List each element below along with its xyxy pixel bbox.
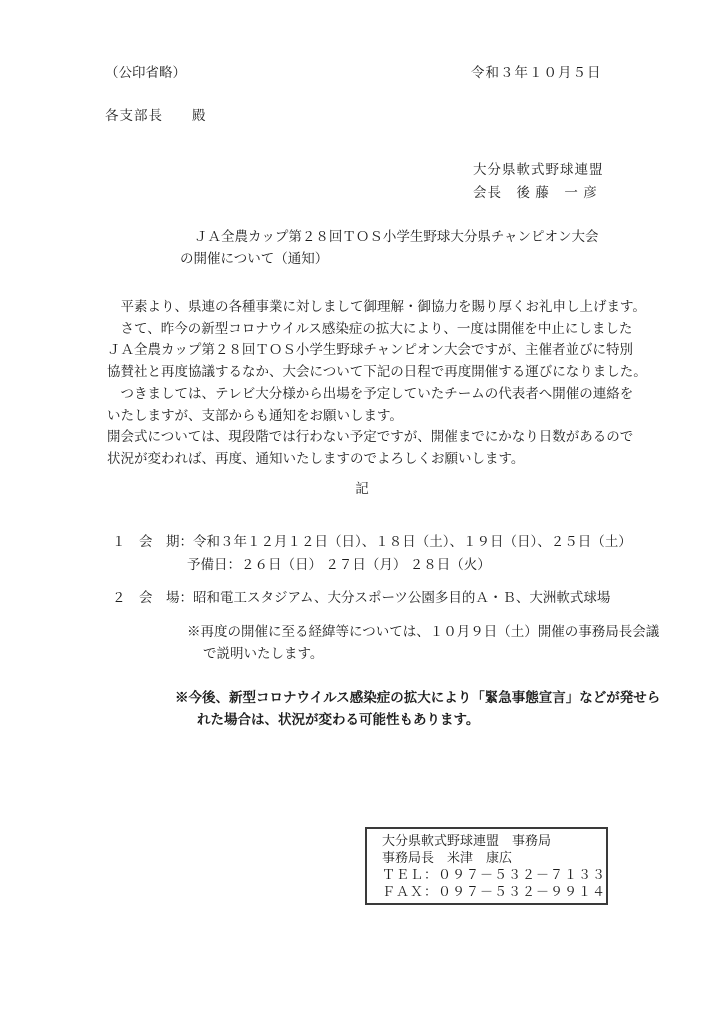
body-line: 協賛社と再度協議するなか、大会について下記の日程で再度開催する運びになりました。 <box>107 361 647 383</box>
body-line: ＪＡ全農カップ第２８回ＴＯＳ小学生野球チャンピオン大会ですが、主催者並びに特別 <box>107 339 647 361</box>
body-line: 平素より、県連の各種事業に対しまして御理解・御協力を賜り厚くお礼申し上げます。 <box>107 296 647 318</box>
contact-office: 大分県軟式野球連盟 事務局 <box>382 832 602 849</box>
body-text: 平素より、県連の各種事業に対しまして御理解・御協力を賜り厚くお礼申し上げます。 … <box>107 296 647 470</box>
title-line-1: ＪＡ全農カップ第２８回ＴＯＳ小学生野球大分県チャンピオン大会 <box>180 226 598 248</box>
body-line: さて、昨今の新型コロナウイルス感染症の拡大により、一度は開催を中止にしました <box>107 318 647 340</box>
sender-organization: 大分県軟式野球連盟 <box>473 158 604 178</box>
contact-office-chief: 事務局長 米津 康広 <box>382 849 602 866</box>
document-date: 令和３年１０月５日 <box>471 61 602 81</box>
body-line: 開会式については、現段階では行わない予定ですが、開催までにかなり日数があるので <box>107 426 647 448</box>
official-seal-omitted-note: （公印省略） <box>105 61 186 81</box>
notice-document-page: （公印省略） 令和３年１０月５日 各支部長 殿 大分県軟式野球連盟 会長 後 藤… <box>0 0 724 1024</box>
body-line: 状況が変われば、再度、通知いたしますのでよろしくお願いします。 <box>107 448 647 470</box>
body-line: いたしますが、支部からも通知をお願いします。 <box>107 405 647 427</box>
covid-warning-line-2: れた場合は、状況が変わる可能性もあります。 <box>197 708 479 728</box>
venue-item-line: ２ 会 場：昭和電工スタジアム、大分スポーツ公園多目的Ａ・Ｂ、大洲軟式球場 <box>112 586 610 606</box>
ki-record-heading: 記 <box>0 477 724 497</box>
recipient-line: 各支部長 殿 <box>105 104 207 124</box>
schedule-item-line-2: 予備日：２６日（日） ２７日（月） ２８日（火） <box>187 553 491 573</box>
body-line: つきましては、テレビ大分様から出場を予定していたチームの代表者へ開催の連絡を <box>107 383 647 405</box>
meeting-note-line-1: ※再度の開催に至る経緯等については、１０月９日（土）開催の事務局長会議 <box>187 620 659 640</box>
contact-tel: ＴＥＬ：０９７－５３２－７１３３ <box>382 866 602 883</box>
sender-president-name: 会長 後 藤 一 彦 <box>473 181 598 201</box>
covid-warning-line-1: ※今後、新型コロナウイルス感染症の拡大により「緊急事態宣言」などが発せら <box>175 686 660 706</box>
contact-info-box: 大分県軟式野球連盟 事務局 事務局長 米津 康広 ＴＥＬ：０９７－５３２－７１３… <box>365 827 608 905</box>
contact-fax: ＦＡＸ：０９７－５３２－９９１４ <box>382 883 602 900</box>
title-line-2: の開催について（通知） <box>180 248 598 270</box>
meeting-note-line-2: で説明いたします。 <box>203 642 323 662</box>
schedule-item-line-1: １ 会 期：令和３年１２月１２日（日）、１８日（土）、１９日（日）、２５日（土） <box>112 530 632 550</box>
document-title: ＪＡ全農カップ第２８回ＴＯＳ小学生野球大分県チャンピオン大会 の開催について（通… <box>180 226 598 269</box>
